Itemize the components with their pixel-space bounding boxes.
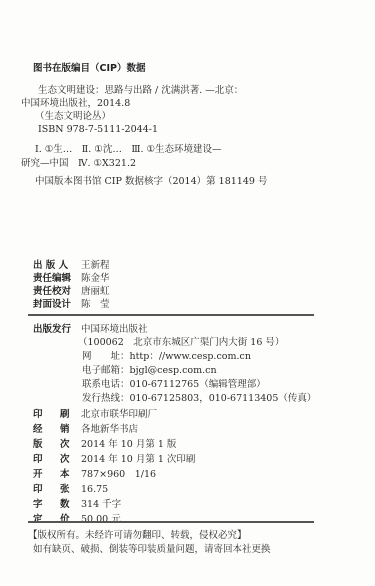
cip-line-series: （生态文明论丛）: [35, 110, 111, 124]
replacement-notice: 如有缺页、破损、倒装等印装质量问题，请寄回本社更换: [33, 541, 271, 555]
cip-line-publisher: 中国环境出版社，2014.8: [21, 97, 130, 111]
copyright-notice: 【版权所有。未经许可请勿翻印、转载，侵权必究】: [28, 527, 247, 541]
spec-label: 价: [60, 512, 81, 527]
publisher-hotline: 发行热线：010-67125803，010-67113405（传真）: [82, 390, 316, 404]
publisher-phone: 联系电话：010-67112765（编辑管理部）: [82, 376, 266, 390]
publisher-row: 出版发行中国环境出版社: [33, 320, 148, 333]
publisher-website: 网 址：http：//www.cesp.com.cn: [82, 348, 251, 362]
cip-title: 图书在版编目（CIP）数据: [33, 60, 145, 74]
spec-row-printing: 印次2014 年 10 月第 1 次印刷: [33, 449, 195, 464]
publisher-address: （100062 北京市东城区广渠门内大街 16 号）: [78, 334, 284, 348]
spec-row-sheets: 印张16.75: [33, 479, 108, 494]
spec-row-printer: 印刷北京市联华印刷厂: [33, 404, 157, 419]
cip-classification-2: 研究—中国 Ⅳ. ①X321.2: [21, 157, 136, 171]
staff-row-proofreader: 责任校对唐丽虹: [33, 282, 110, 295]
cip-record-number: 中国版本图书馆 CIP 数据核字（2014）第 181149 号: [35, 175, 267, 189]
spec-row-edition: 版次2014 年 10 月第 1 版: [33, 434, 176, 449]
spec-value: 50.00 元: [81, 514, 121, 525]
cip-line-isbn: ISBN 978-7-5111-2044-1: [38, 123, 158, 137]
staff-row-cover-designer: 封面设计陈 莹: [33, 295, 110, 308]
publisher-email: 电子邮箱：bjgl@cesp.com.cn: [82, 362, 217, 376]
staff-row-publisher-person: 出 版 人王新程: [33, 256, 110, 269]
cip-classification-1: Ⅰ. ①生… Ⅱ. ①沈… Ⅲ. ①生态环境建设—: [35, 143, 222, 157]
staff-value: 陈 莹: [81, 299, 110, 310]
staff-label: 封面设计: [33, 298, 81, 311]
spec-row-word-count: 字数314 千字: [33, 494, 121, 509]
spec-label: 定: [33, 512, 60, 527]
staff-row-editor: 责任编辑陈金华: [33, 269, 110, 282]
spec-row-distributor: 经销各地新华书店: [33, 419, 138, 434]
cip-line-title: 生态文明建设：思路与出路 / 沈满洪著. —北京：: [38, 84, 243, 98]
publisher-label: 出版发行: [33, 323, 81, 336]
spec-row-format: 开本787×960 1/16: [33, 464, 156, 479]
divider-bottom: [28, 521, 314, 523]
divider-top: [28, 314, 314, 316]
